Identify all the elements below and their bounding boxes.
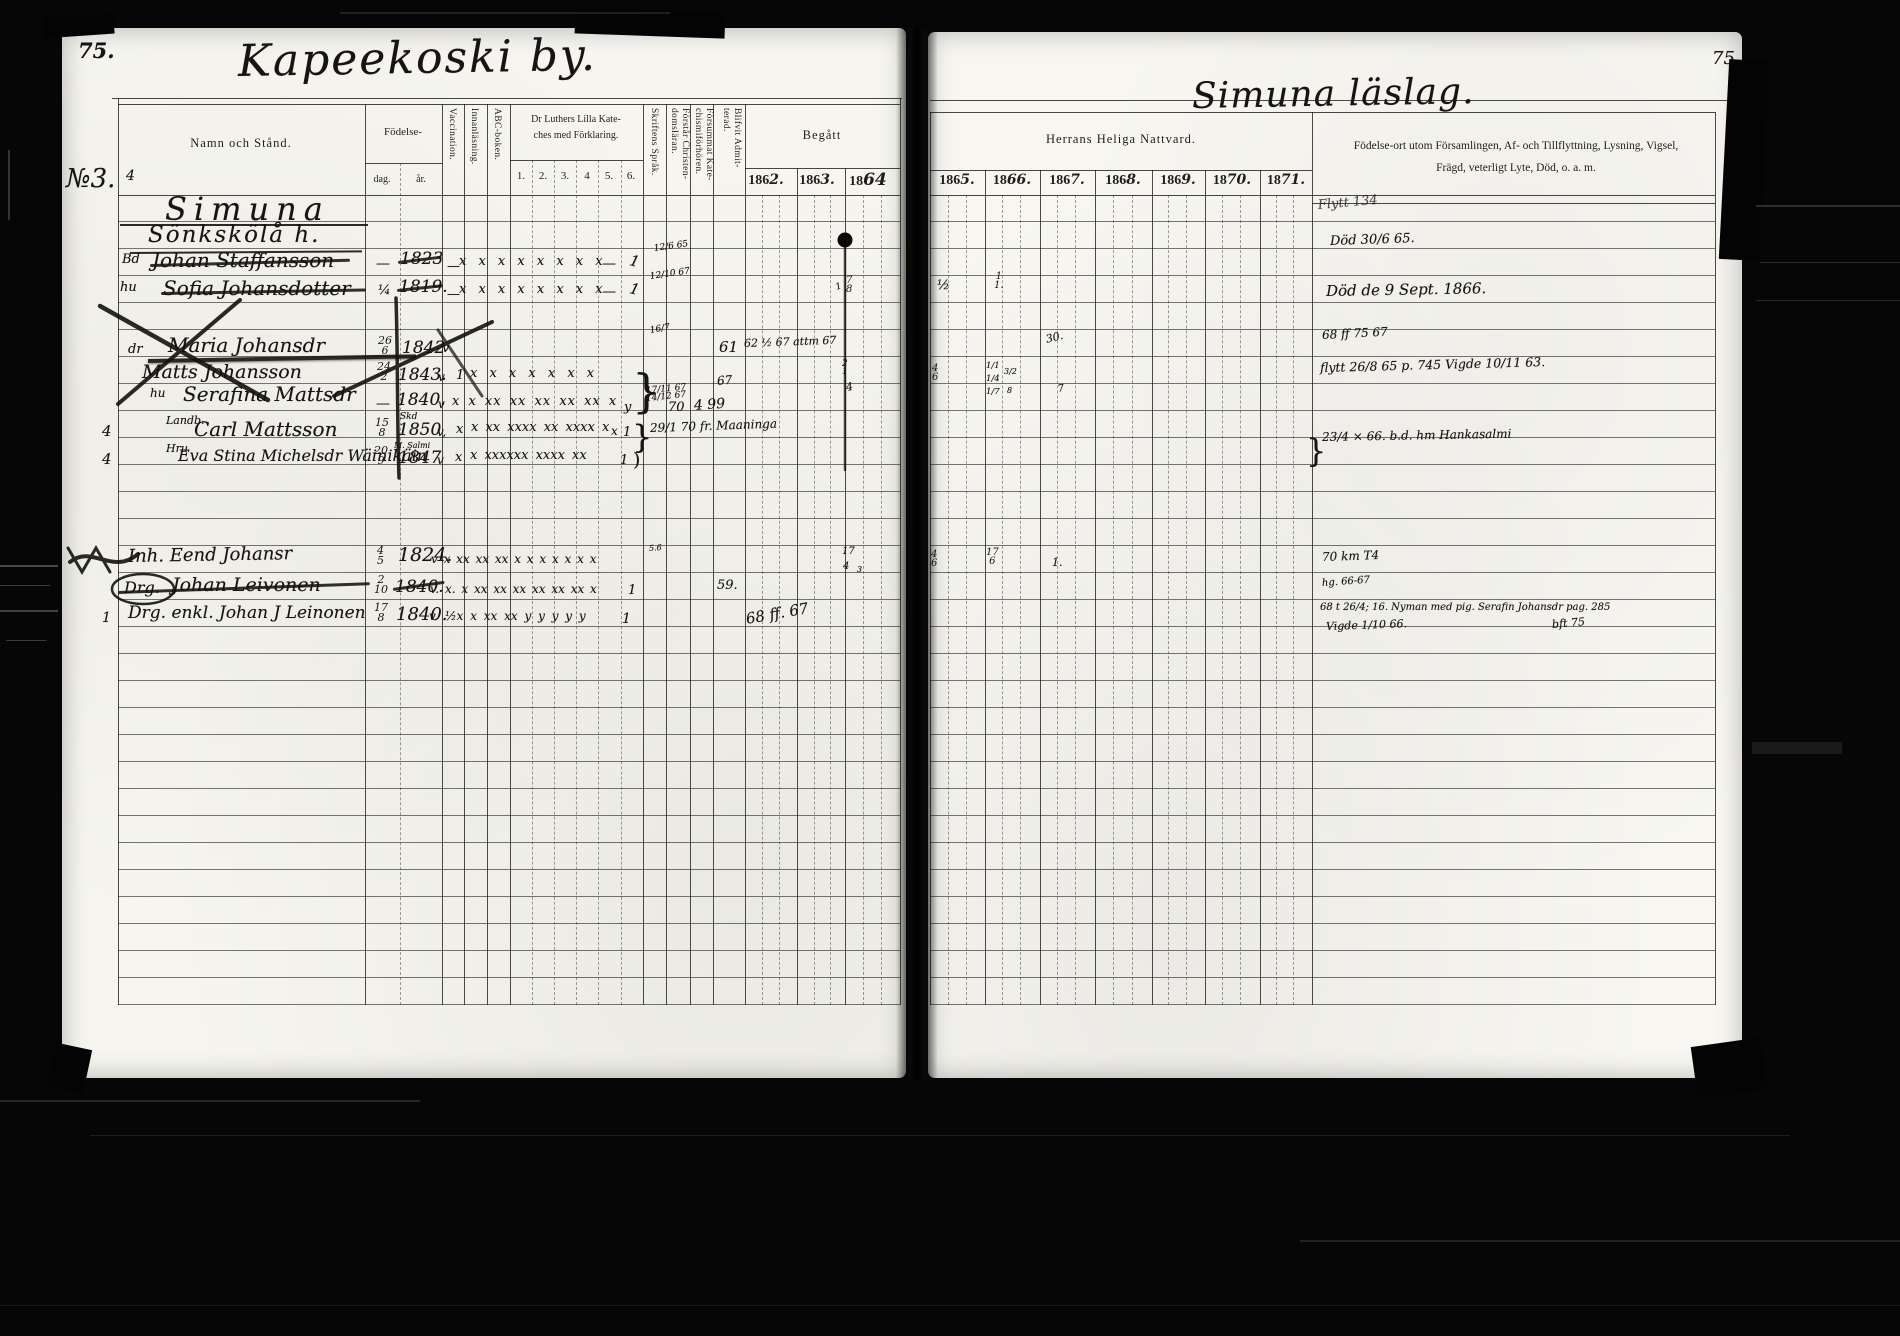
grid-line [1020, 195, 1021, 1005]
exam-marks: v. x. x xx xx xx xx xx xx x [430, 582, 597, 596]
right-page-title: Simuna läslag. [1192, 71, 1475, 117]
vaccination-mark: v, [437, 425, 446, 439]
grid-line [985, 170, 986, 1005]
scripture-mark: 1 [622, 611, 631, 627]
begatt-mark: 17 [842, 546, 855, 557]
catechism-col-6: 6. [627, 170, 635, 182]
margin-mark: 4 [102, 422, 112, 440]
exam-note: 70 [668, 400, 685, 415]
margin-entry-sub: 4 [126, 168, 135, 184]
entry-name: Serafina Mattsdr [183, 382, 356, 406]
grid-line [643, 104, 644, 1005]
fraction-bottom: 1 [842, 368, 848, 376]
communion-fraction: 1 1. [994, 272, 1004, 290]
catechism-marks: x xx xxxx xx xxxx x [471, 420, 609, 435]
grid-line [1132, 195, 1133, 1005]
column-header-notes-2: Frägd, veterligt Lyte, Död, o. a. m. [1436, 162, 1596, 174]
grid-line [863, 195, 864, 1005]
scratch [6, 640, 46, 641]
grid-line [1057, 195, 1058, 1005]
birth-year: 1850 [398, 420, 441, 440]
grid-line [930, 170, 1312, 171]
year-1871: 1871. [1267, 172, 1305, 189]
reading-mark: 1 [456, 368, 464, 383]
column-header-year: år. [416, 174, 426, 185]
birth-day: — [376, 256, 390, 272]
column-header-begatt: Begått [803, 128, 842, 143]
catechism-marks: x x x x x x x x [459, 282, 605, 297]
exam-note: 5.6 [649, 543, 662, 553]
marginal-note: Död de 9 Sept. 1866. [1326, 279, 1487, 300]
grid-line [1040, 170, 1041, 1005]
catechism-col-4: 4 [584, 170, 590, 182]
column-header-birth: Födelse- [384, 126, 422, 138]
fraction-bottom: 5 [377, 556, 384, 566]
vaccination-mark: v [437, 453, 444, 467]
grid-line [1095, 170, 1096, 1005]
ink-paren: ) [633, 449, 640, 471]
birth-day-fraction: 15 8 [375, 418, 389, 438]
communion-mark: 8 [1007, 386, 1012, 395]
scratch [1760, 262, 1900, 263]
fraction-bottom: 6 [382, 346, 389, 356]
margin-entry-number: №3. [66, 164, 115, 194]
farm-heading: Sönkskölå h. [148, 222, 320, 248]
grid-line [881, 195, 882, 1005]
grid-line [930, 195, 1715, 196]
year-1866: 1866. [993, 172, 1031, 189]
torn-edge [48, 1043, 92, 1094]
communion-mark: 1/7 [986, 387, 1000, 397]
scratch [1756, 300, 1900, 301]
year-1868: 1868. [1105, 172, 1141, 189]
year-1864: 1864 [849, 170, 887, 190]
grid-line [966, 195, 967, 1005]
communion-fraction: 17 6 [986, 548, 999, 566]
scripture-mark: 1 [623, 425, 631, 440]
catechism-col-3: 3. [561, 170, 569, 182]
entry-prefix: Bd [122, 252, 140, 267]
grid-line [365, 104, 366, 1005]
column-header-communion: Herrans Heliga Nattvard. [1046, 132, 1196, 147]
grid-line [948, 195, 949, 1005]
year-1870: 1870. [1213, 172, 1251, 189]
exam-note: 59. [717, 578, 738, 593]
grid-line [1715, 112, 1716, 1005]
marginal-note: Död 30/6 65. [1330, 231, 1415, 249]
margin-mark: 1 [102, 610, 111, 626]
catechism-col-5: 5. [605, 170, 613, 182]
grid-line [621, 160, 622, 1005]
grid-line [666, 104, 667, 1005]
grid-line [118, 98, 119, 1005]
left-ruled-rows [118, 195, 900, 1006]
exam-note: 61 [719, 338, 738, 356]
birth-day-fraction: 20 9 [374, 446, 388, 466]
grid-line [779, 195, 780, 1005]
birth-day-fraction: 4 5 [377, 546, 384, 566]
grid-line [1075, 195, 1076, 1005]
grid-line [814, 195, 815, 1005]
exam-marks: v. ½x x xx xx y y y y y [429, 609, 586, 623]
catechism-marks: x x x x x x x [470, 366, 596, 381]
column-header-day: dag. [374, 174, 391, 185]
grid-line [745, 104, 746, 1005]
book-gutter [896, 28, 938, 1080]
abc-mark: x [456, 422, 463, 437]
grid-line [112, 98, 902, 99]
grid-line [713, 104, 714, 1005]
grid-line [1002, 195, 1003, 1005]
birth-day-fraction: 17 8 [374, 603, 388, 623]
birth-day-fraction: 26 6 [378, 336, 392, 356]
entry-name: Matts Johansson [142, 361, 302, 383]
grid-line [797, 168, 798, 1005]
scratch [1756, 205, 1900, 207]
left-page-number: 75. [78, 38, 115, 63]
scratch [0, 1100, 420, 1102]
column-header-scripture: Skriftens Språk. [648, 108, 659, 176]
fraction-bottom: 1. [994, 281, 1004, 290]
entry-name: Maria Johansdr [168, 333, 325, 357]
birth-day-fraction: 2 10 [374, 575, 388, 595]
birth-day: — [376, 396, 390, 412]
entry-name: Drg. enkl. Johan J Leinonen [128, 603, 366, 623]
abc-mark: x [455, 450, 462, 465]
entry-prefix: Drg. [124, 578, 160, 597]
entry-name: Carl Mattsson [194, 417, 337, 441]
grid-line [830, 195, 831, 1005]
left-page-title: Kapeekoski by. [238, 30, 598, 87]
communion-mark: 1/4 [986, 374, 1000, 384]
grid-line [365, 163, 442, 164]
column-header-abc: ABC-boken. [491, 108, 502, 160]
communion-mark: 1/1 [986, 361, 1000, 371]
birth-day-fraction: 24 2 [377, 362, 391, 382]
year-1869: 1869. [1160, 172, 1196, 189]
scratch [340, 12, 670, 14]
scratch [0, 565, 58, 567]
year-1862: 1862. [748, 172, 784, 189]
scanned-church-record: Namn och Stånd. Födelse- dag. år. Vaccin… [0, 0, 1900, 1336]
catechism-col-2: 2. [539, 170, 547, 182]
extra-mark: x [611, 424, 618, 438]
scratch [1752, 742, 1842, 754]
grid-line [1293, 195, 1294, 1005]
fraction-bottom: 8 [378, 613, 385, 623]
column-header-vaccination: Vaccination. [446, 108, 457, 160]
vaccination-mark: v [438, 370, 445, 384]
margin-mark: 4 [102, 450, 112, 468]
vaccination-mark: v [438, 397, 445, 411]
catechism-marks: x xxxxxx xxxx xx [470, 448, 587, 463]
catechism-marks: x x x x x x x x [459, 254, 605, 269]
birth-year: 1842 [402, 338, 445, 358]
grid-line [510, 160, 643, 161]
communion-mark: 1. [1052, 556, 1063, 569]
column-header-notes-1: Födelse-ort utom Församlingen, Af- och T… [1354, 140, 1679, 152]
column-header-understands: Förstår Christen- domsläran. [668, 108, 690, 194]
column-header-missed: Försummat Kate- chismiförhören. [692, 108, 714, 194]
column-header-reading: Innanläsning. [468, 108, 479, 165]
scratch [90, 1135, 1790, 1136]
grid-line [1312, 112, 1313, 1005]
scratch [8, 150, 10, 220]
vaccination-mark: v [442, 341, 449, 356]
communion-mark: 3/2 [1004, 367, 1017, 376]
entry-prefix: hu [120, 280, 137, 295]
fraction-bottom: 8 [379, 428, 386, 438]
fraction-bottom: 8 [846, 285, 852, 294]
fraction-bottom: 9 [378, 456, 385, 466]
exam-note: 67 [716, 373, 732, 388]
begatt-mark: 3 [857, 565, 862, 574]
scratch [1300, 1240, 1900, 1242]
catechism-col-1: 1. [517, 170, 525, 182]
grid-line [1205, 170, 1206, 1005]
grid-line [745, 168, 900, 169]
exam-marks: v x xx xx xx x x x x x x x [431, 552, 596, 566]
exam-note: 4 99 [693, 396, 725, 414]
scratch [0, 610, 58, 612]
grid-line [690, 104, 691, 1005]
entry-name: Inh. Eend Johansr [128, 543, 293, 567]
dash-mark: — [602, 284, 616, 300]
column-header-catechism-2: ches med Förklaring. [534, 130, 619, 141]
begatt-fraction: 7 8 [846, 276, 852, 294]
fraction-bottom: 2 [381, 372, 388, 382]
begatt-fraction: 2 1 [842, 360, 848, 377]
grid-line [1152, 170, 1153, 1005]
communion-mark: ½ [937, 278, 950, 293]
grid-line [1168, 195, 1169, 1005]
scripture-mark: 1 [620, 453, 628, 468]
catechism-marks: x x xx xx xx xx xx x [452, 394, 617, 409]
grid-line [1240, 195, 1241, 1005]
dash-mark: — [602, 256, 616, 272]
entry-name: Sofia Johansdotter [163, 276, 351, 300]
scratch [0, 1305, 1900, 1306]
grid-line [1113, 195, 1114, 1005]
grid-line [762, 195, 763, 1005]
right-ruled-rows [930, 195, 1715, 1006]
grid-line [1276, 195, 1277, 1005]
extra-mark: y [624, 400, 631, 415]
year-1863: 1863. [799, 172, 835, 189]
marginal-note: 70 km T4 [1322, 548, 1380, 564]
entry-prefix: dr [128, 342, 143, 357]
column-header-name: Namn och Stånd. [190, 136, 291, 151]
scripture-mark: 1 [628, 583, 636, 598]
grid-line [1222, 195, 1223, 1005]
column-header-admitted: Blifvit Admit- terad. [718, 108, 742, 194]
year-1867: 1867. [1049, 172, 1085, 189]
entry-name: Eva Stina Michelsdr Wäinikäin [178, 446, 427, 465]
year-1865: 1865. [939, 172, 975, 189]
marginal-note: 68 t 26/4; 16. Nyman med pig. Serafin Jo… [1320, 602, 1610, 613]
birth-day: ¼ [378, 283, 391, 298]
grid-line [1186, 195, 1187, 1005]
torn-edge [1691, 1037, 1768, 1098]
birth-year: 1847 [398, 448, 441, 468]
grid-line [118, 104, 900, 105]
fraction-bottom: 10 [374, 585, 388, 595]
column-header-catechism-1: Dr Luthers Lilla Kate- [531, 114, 621, 125]
begatt-mark: 4 [843, 561, 849, 572]
scratch [0, 585, 50, 586]
fraction-bottom: 6 [989, 557, 995, 566]
grid-line [1260, 170, 1261, 1005]
entry-prefix: hu [150, 386, 165, 400]
